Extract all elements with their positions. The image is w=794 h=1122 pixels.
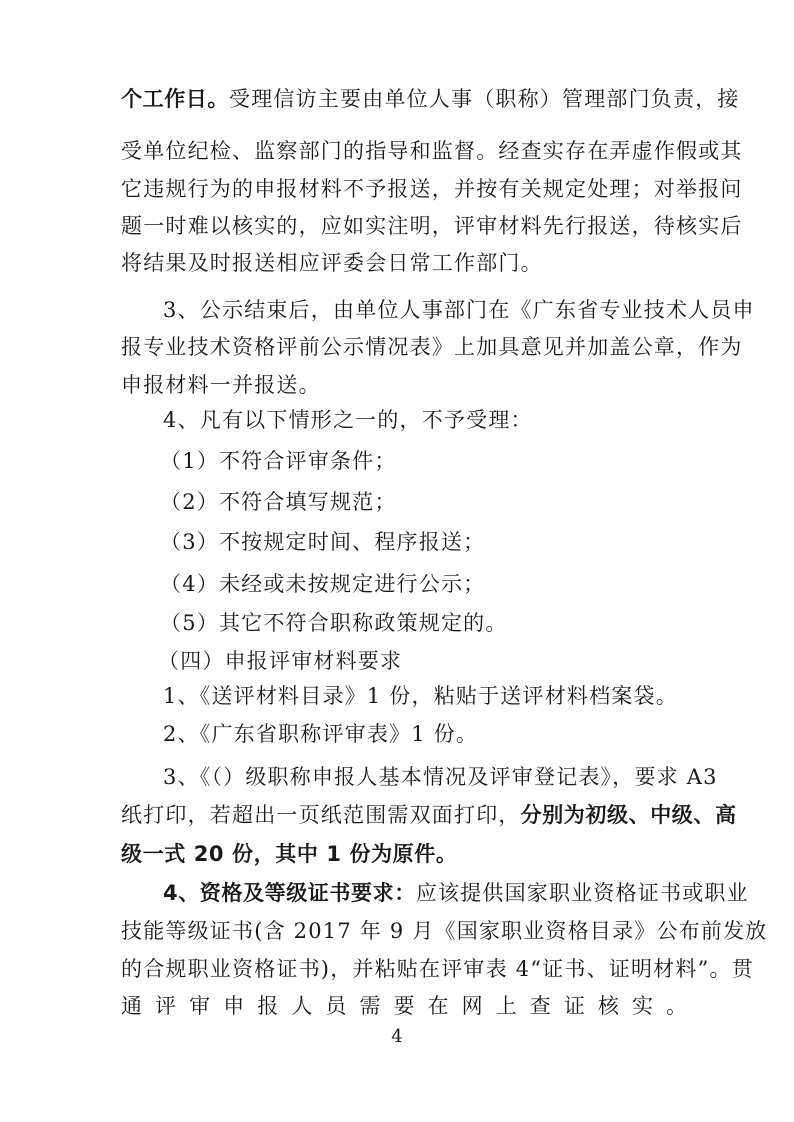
- bold-text: 分别为初级、中级、高: [521, 803, 737, 827]
- paragraph-line-3: 它违规行为的申报材料不予报送，并按有关规定处理；对举报问: [121, 175, 687, 203]
- material-4-line-1: 4、资格及等级证书要求：应该提供国家职业资格证书或职业: [163, 879, 687, 907]
- condition-1: （1）不符合评审条件；: [160, 447, 726, 475]
- bold-text: 级一式 20 份，其中 1 份为原件。: [121, 842, 457, 866]
- paragraph-line-2: 受单位纪检、监察部门的指导和监督。经查实存在弄虚作假或其: [121, 137, 687, 165]
- condition-4: （4）未经或未按规定进行公示；: [160, 570, 726, 598]
- item-3-line-1: 3、公示结束后，由单位人事部门在《广东省专业技术人员申: [163, 296, 687, 324]
- material-1: 1、《送评材料目录》1 份，粘贴于送评材料档案袋。: [163, 682, 687, 710]
- section-heading-4: （四）申报评审材料要求: [158, 647, 724, 675]
- material-3-line-1: 3、《（）级职称申报人基本情况及评审登记表》，要求 A3: [163, 763, 687, 791]
- material-2: 2、《广东省职称评审表》1 份。: [163, 720, 687, 748]
- item-3-line-2: 报专业技术资格评前公示情况表》上加具意见并加盖公章，作为: [121, 333, 687, 361]
- item-3-line-3: 申报材料一并报送。: [121, 371, 687, 399]
- paragraph-line-4: 题一时难以核实的，应如实注明，评审材料先行报送，待核实后: [121, 212, 687, 240]
- paragraph-line-1: 个工作日。受理信访主要由单位人事（职称）管理部门负责，接: [121, 85, 687, 113]
- material-4-line-4: 通 评 审 申 报 人 员 需 要 在 网 上 查 证 核 实 。: [121, 992, 687, 1020]
- material-4-line-3: 的合规职业资格证书)，并粘贴在评审表 4“证书、证明材料”。贯: [121, 955, 687, 983]
- material-4-line-2: 技能等级证书(含 2017 年 9 月《国家职业资格目录》公布前发放: [121, 917, 687, 945]
- condition-3: （3）不按规定时间、程序报送；: [160, 528, 726, 556]
- paragraph-line-5: 将结果及时报送相应评委会日常工作部门。: [121, 249, 687, 277]
- bold-text: 4、资格及等级证书要求：: [163, 881, 416, 905]
- page-number: 4: [0, 1026, 794, 1047]
- material-3-line-2: 纸打印，若超出一页纸范围需双面打印，分别为初级、中级、高: [121, 801, 687, 829]
- condition-2: （2）不符合填写规范；: [160, 488, 726, 516]
- condition-5: （5）其它不符合职称政策规定的。: [160, 609, 726, 637]
- material-3-line-3: 级一式 20 份，其中 1 份为原件。: [121, 840, 687, 868]
- document-page: 个工作日。受理信访主要由单位人事（职称）管理部门负责，接 受单位纪检、监察部门的…: [0, 0, 794, 1122]
- item-4-heading: 4、凡有以下情形之一的，不予受理：: [163, 406, 729, 434]
- bold-text: 个工作日。: [121, 87, 229, 111]
